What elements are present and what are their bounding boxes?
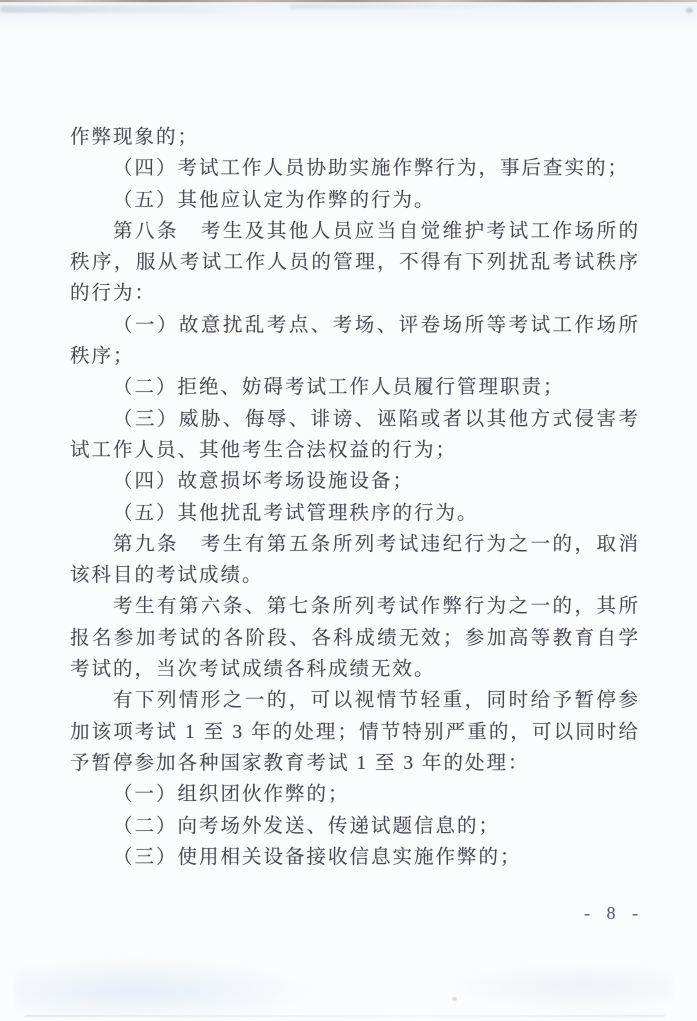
paragraph: （三）使用相关设备接收信息实施作弊的；: [70, 842, 640, 873]
document-body: 作弊现象的；（四）考试工作人员协助实施作弊行为，事后查实的；（五）其他应认定为作…: [70, 122, 640, 873]
paragraph: （三）威胁、侮辱、诽谤、诬陷或者以其他方式侵害考试工作人员、其他考生合法权益的行…: [70, 404, 640, 467]
scan-artifact-bottom-edge: [25, 1015, 665, 1017]
paragraph: （一）故意扰乱考点、考场、评卷场所等考试工作场所秩序；: [70, 310, 640, 373]
paragraph: 考生有第六条、第七条所列考试作弊行为之一的，其所报名参加考试的各阶段、各科成绩无…: [70, 591, 640, 685]
paragraph: 第八条 考生及其他人员应当自觉维护考试工作场所的秩序，服从考试工作人员的管理，不…: [70, 216, 640, 310]
paragraph: （四）故意损坏考场设施设备；: [70, 466, 640, 497]
paragraph: 有下列情形之一的，可以视情节轻重，同时给予暂停参加该项考试 1 至 3 年的处理…: [70, 685, 640, 779]
scan-artifact-speck-right: [686, 8, 693, 13]
paragraph: 第九条 考生有第五条所列考试违纪行为之一的，取消该科目的考试成绩。: [70, 529, 640, 592]
scan-artifact-pink-speck: [452, 997, 457, 1001]
paragraph: （二）拒绝、妨碍考试工作人员履行管理职责；: [70, 372, 640, 403]
paragraph: （四）考试工作人员协助实施作弊行为，事后查实的；: [70, 153, 640, 184]
scan-artifact-blotch-bottom-left: [15, 958, 315, 1013]
paragraph: 作弊现象的；: [70, 122, 640, 153]
scan-artifact-blotch-bottom-right: [452, 964, 672, 1009]
scan-artifact-smudge-left: [0, 6, 250, 13]
scan-artifact-top-tint: [0, 2, 697, 32]
paragraph: （五）其他扰乱考试管理秩序的行为。: [70, 498, 640, 529]
scan-artifact-top-edge: [0, 0, 697, 3]
page-number: - 8 -: [584, 903, 644, 924]
paragraph: （二）向考场外发送、传递试题信息的；: [70, 811, 640, 842]
scan-artifact-smudge-mid: [290, 4, 510, 9]
paragraph: （一）组织团伙作弊的；: [70, 779, 640, 810]
scanned-page: { "colors": { "paper": "#fbfcfd", "ink":…: [0, 0, 697, 1021]
paragraph: （五）其他应认定为作弊的行为。: [70, 185, 640, 216]
